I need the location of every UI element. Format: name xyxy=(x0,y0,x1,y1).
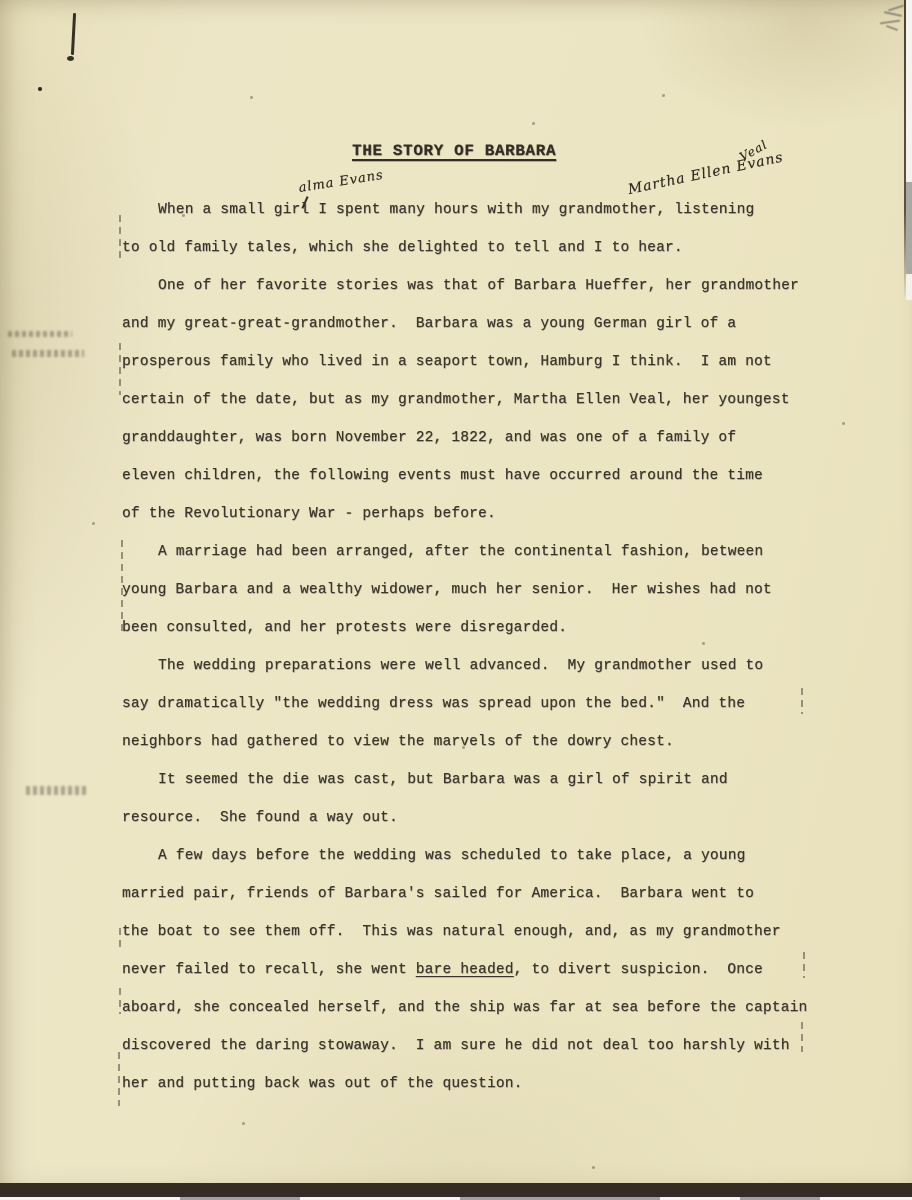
text-line: granddaughter, was born November 22, 182… xyxy=(122,419,834,457)
text-line: discovered the daring stowaway. I am sur… xyxy=(122,1027,834,1065)
margin-line-artifact xyxy=(119,343,121,395)
text-line: and my great-great-grandmother. Barbara … xyxy=(122,305,834,343)
text-line: married pair, friends of Barbara's saile… xyxy=(122,875,834,913)
margin-line-artifact xyxy=(801,1022,803,1052)
speck-artifact xyxy=(250,96,253,99)
text-line: to old family tales, which she delighted… xyxy=(122,229,834,267)
margin-smudge-artifact xyxy=(26,786,88,795)
speck-artifact xyxy=(182,214,185,217)
text-block: When a small girl I spent many hours wit… xyxy=(122,191,834,1103)
speck-artifact xyxy=(592,1166,595,1169)
text-line: certain of the date, but as my grandmoth… xyxy=(122,381,834,419)
text-line: The wedding preparations were well advan… xyxy=(122,647,834,685)
paragraph: It seemed the die was cast, but Barbara … xyxy=(122,761,834,837)
paragraph: The wedding preparations were well advan… xyxy=(122,647,834,761)
ink-dot-artifact xyxy=(38,87,42,91)
margin-line-artifact xyxy=(121,540,123,636)
paragraph: When a small girl I spent many hours wit… xyxy=(122,191,834,267)
text-line: eleven children, the following events mu… xyxy=(122,457,834,495)
page-bottom-edge-band xyxy=(0,1183,912,1197)
text-line: A few days before the wedding was schedu… xyxy=(122,837,834,875)
text-line: been consulted, and her protests were di… xyxy=(122,609,834,647)
margin-line-artifact xyxy=(119,215,121,261)
text-line: young Barbara and a wealthy widower, muc… xyxy=(122,571,834,609)
text-line: of the Revolutionary War - perhaps befor… xyxy=(122,495,834,533)
speck-artifact xyxy=(242,1122,245,1125)
text-line: A marriage had been arranged, after the … xyxy=(122,533,834,571)
scanned-document-page: THE STORY OF BARBARA alma Evans Martha E… xyxy=(0,0,912,1200)
ink-blob-artifact xyxy=(67,56,74,61)
text-line: aboard, she concealed herself, and the s… xyxy=(122,989,834,1027)
speck-artifact xyxy=(532,122,535,125)
text-line: When a small girl I spent many hours wit… xyxy=(122,191,834,229)
page-title: THE STORY OF BARBARA xyxy=(352,142,556,160)
text-line: resource. She found a way out. xyxy=(122,799,834,837)
text-line: prosperous family who lived in a seaport… xyxy=(122,343,834,381)
speck-artifact xyxy=(462,746,465,749)
margin-smudge-artifact xyxy=(8,331,72,337)
margin-line-artifact xyxy=(801,688,803,714)
speck-artifact xyxy=(702,642,705,645)
paragraph: A few days before the wedding was schedu… xyxy=(122,837,834,1103)
margin-line-artifact xyxy=(119,988,121,1014)
speck-artifact xyxy=(662,94,665,97)
margin-line-artifact xyxy=(119,928,121,948)
text-line: never failed to recall, she went bare he… xyxy=(122,951,834,989)
paragraph: A marriage had been arranged, after the … xyxy=(122,533,834,647)
margin-line-artifact xyxy=(803,952,805,978)
speck-artifact xyxy=(842,422,845,425)
margin-line-artifact xyxy=(118,1052,120,1106)
text-line: One of her favorite stories was that of … xyxy=(122,267,834,305)
text-line: It seemed the die was cast, but Barbara … xyxy=(122,761,834,799)
speck-artifact xyxy=(92,522,95,525)
text-line: neighbors had gathered to view the marve… xyxy=(122,723,834,761)
text-line: her and putting back was out of the ques… xyxy=(122,1065,834,1103)
scanner-gutter-patch xyxy=(906,182,912,274)
text-line: say dramatically "the wedding dress was … xyxy=(122,685,834,723)
margin-smudge-artifact xyxy=(12,350,84,357)
text-line: the boat to see them off. This was natur… xyxy=(122,913,834,951)
paragraph: One of her favorite stories was that of … xyxy=(122,267,834,533)
